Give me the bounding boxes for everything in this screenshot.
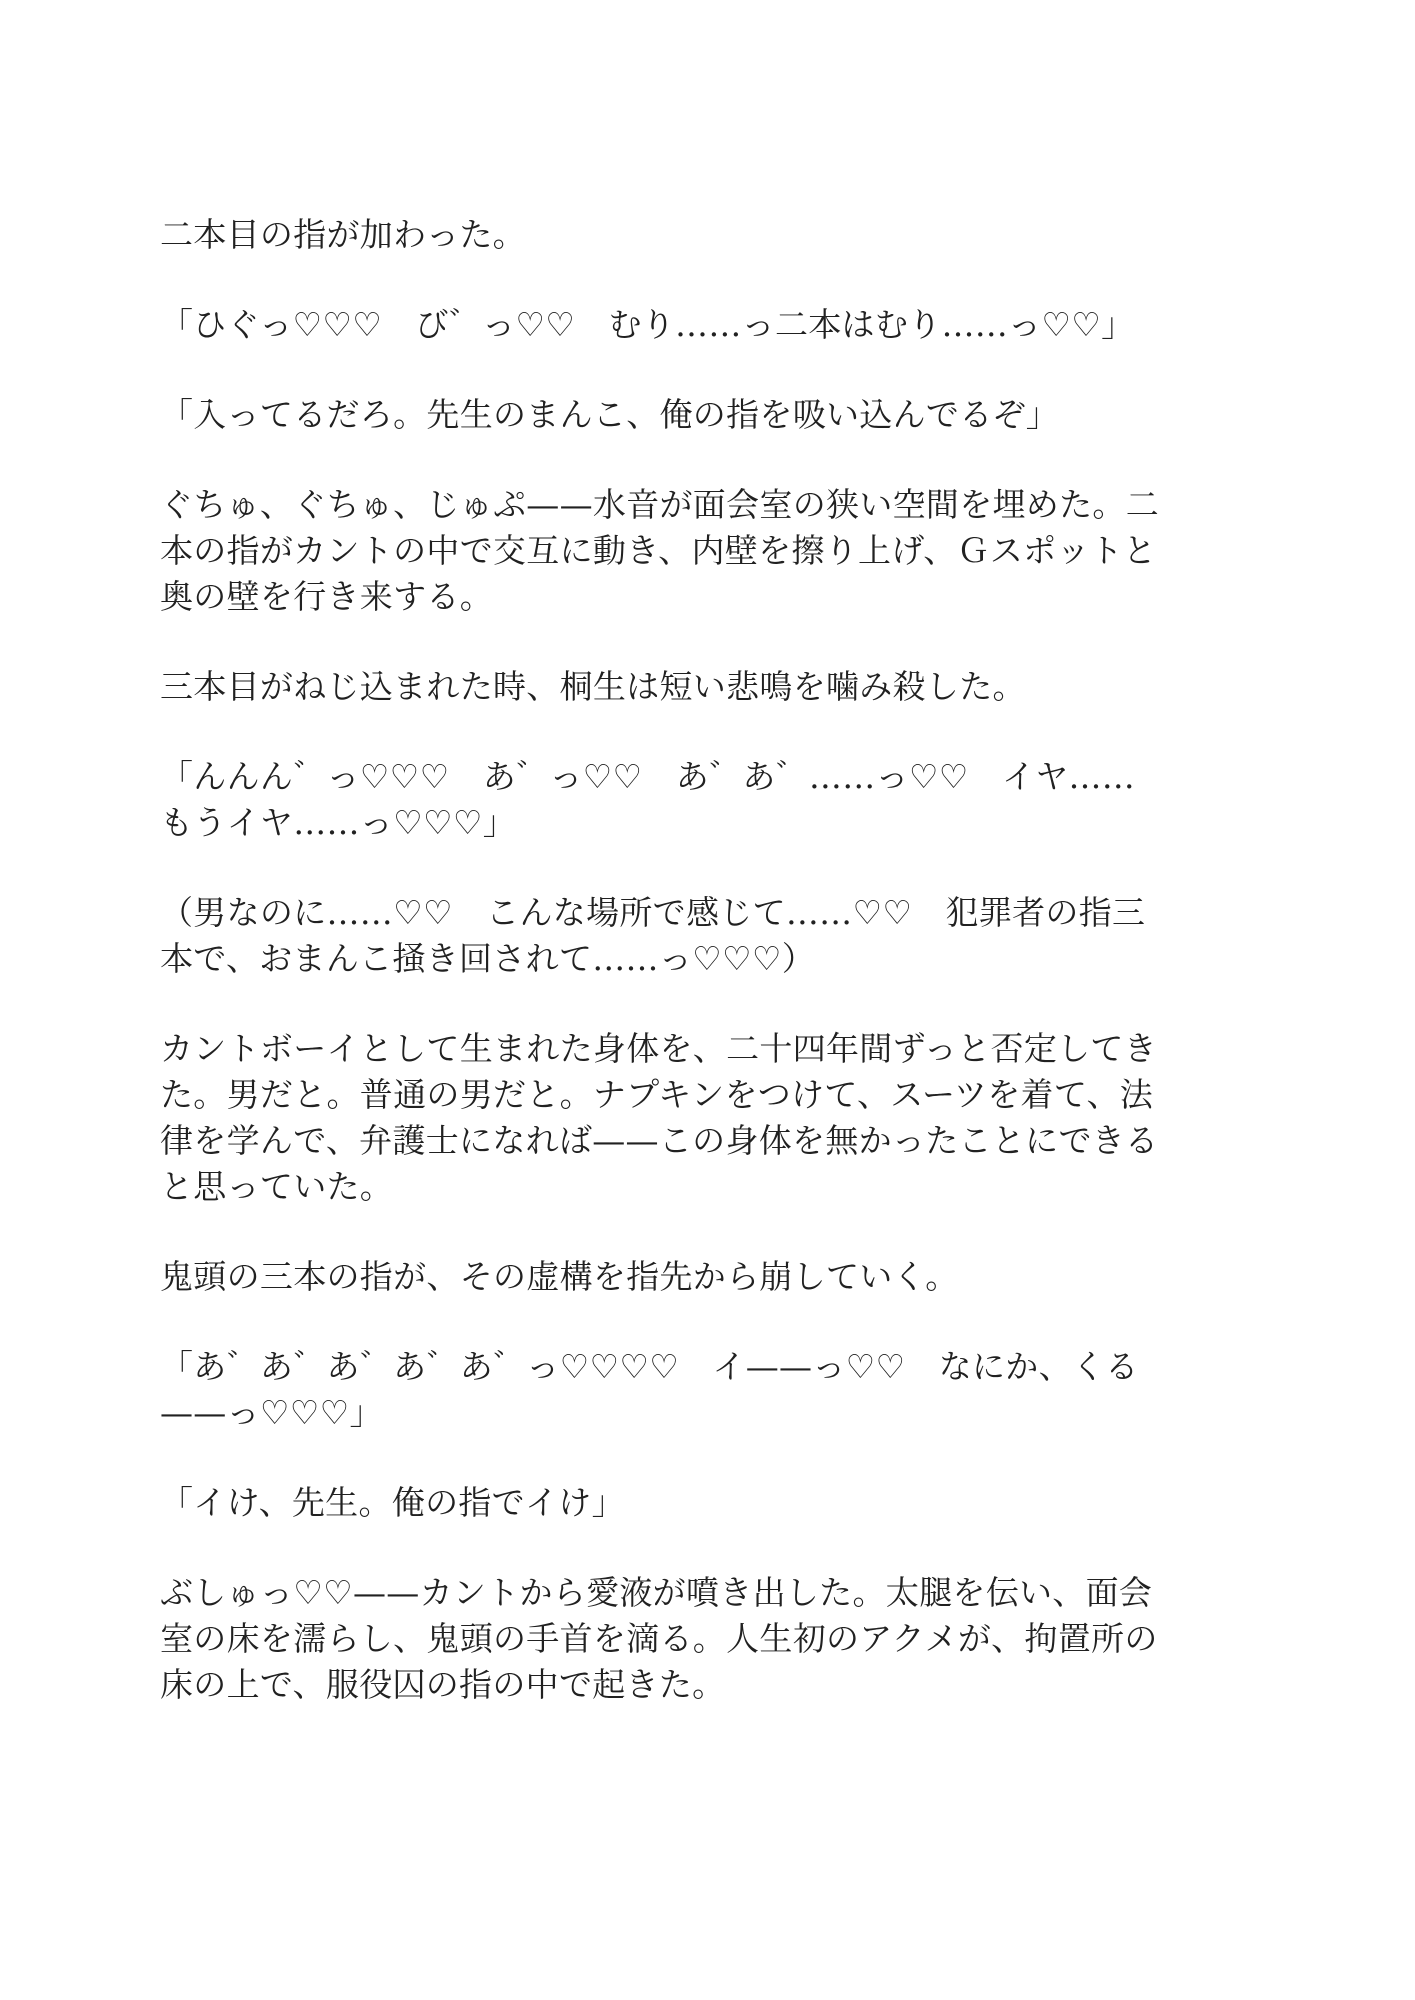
text-line: 「ひぐっ♡♡♡ び゛っ♡♡ むり……っ二本はむり……っ♡♡」 <box>160 302 1175 348</box>
text-line: 「入ってるだろ。先生のまんこ、俺の指を吸い込んでるぞ」 <box>160 392 1175 438</box>
text-line: （男なのに……♡♡ こんな場所で感じて……♡♡ 犯罪者の指三 <box>160 890 1175 936</box>
paragraph: 「あ゛あ゛あ゛あ゛あ゛っ♡♡♡♡ イ——っ♡♡ なにか、くる——っ♡♡♡」 <box>160 1344 1175 1436</box>
text-line: 本で、おまんこ掻き回されて……っ♡♡♡） <box>160 936 1175 982</box>
paragraph: ぐちゅ、ぐちゅ、じゅぷ——水音が面会室の狭い空間を埋めた。二本の指がカントの中で… <box>160 482 1175 620</box>
paragraph: 「んんん゛っ♡♡♡ あ゛っ♡♡ あ゛あ゛……っ♡♡ イヤ……もうイヤ……っ♡♡♡… <box>160 754 1175 846</box>
text-line: 床の上で、服役囚の指の中で起きた。 <box>160 1662 1175 1708</box>
document-page: 二本目の指が加わった。「ひぐっ♡♡♡ び゛っ♡♡ むり……っ二本はむり……っ♡♡… <box>0 0 1415 2000</box>
text-line: と思っていた。 <box>160 1164 1175 1210</box>
text-line: もうイヤ……っ♡♡♡」 <box>160 800 1175 846</box>
paragraph: 「入ってるだろ。先生のまんこ、俺の指を吸い込んでるぞ」 <box>160 392 1175 438</box>
text-line: 本の指がカントの中で交互に動き、内壁を擦り上げ、Ｇスポットと <box>160 528 1175 574</box>
paragraph: 「ひぐっ♡♡♡ び゛っ♡♡ むり……っ二本はむり……っ♡♡」 <box>160 302 1175 348</box>
text-line: 鬼頭の三本の指が、その虚構を指先から崩していく。 <box>160 1254 1175 1300</box>
text-line: 室の床を濡らし、鬼頭の手首を滴る。人生初のアクメが、拘置所の <box>160 1616 1175 1662</box>
paragraph: 三本目がねじ込まれた時、桐生は短い悲鳴を噛み殺した。 <box>160 664 1175 710</box>
paragraph: カントボーイとして生まれた身体を、二十四年間ずっと否定してきた。男だと。普通の男… <box>160 1026 1175 1210</box>
text-line: 律を学んで、弁護士になれば——この身体を無かったことにできる <box>160 1118 1175 1164</box>
paragraph: ぶしゅっ♡♡——カントから愛液が噴き出した。太腿を伝い、面会室の床を濡らし、鬼頭… <box>160 1570 1175 1708</box>
text-line: 「あ゛あ゛あ゛あ゛あ゛っ♡♡♡♡ イ——っ♡♡ なにか、くる <box>160 1344 1175 1390</box>
text-line: 奥の壁を行き来する。 <box>160 574 1175 620</box>
paragraph: 「イけ、先生。俺の指でイけ」 <box>160 1480 1175 1526</box>
text-line: 三本目がねじ込まれた時、桐生は短い悲鳴を噛み殺した。 <box>160 664 1175 710</box>
text-line: カントボーイとして生まれた身体を、二十四年間ずっと否定してき <box>160 1026 1175 1072</box>
text-line: 「イけ、先生。俺の指でイけ」 <box>160 1480 1175 1526</box>
text-line: ぶしゅっ♡♡——カントから愛液が噴き出した。太腿を伝い、面会 <box>160 1570 1175 1616</box>
paragraph: （男なのに……♡♡ こんな場所で感じて……♡♡ 犯罪者の指三本で、おまんこ掻き回… <box>160 890 1175 982</box>
paragraph: 鬼頭の三本の指が、その虚構を指先から崩していく。 <box>160 1254 1175 1300</box>
paragraph: 二本目の指が加わった。 <box>160 212 1175 258</box>
text-line: ——っ♡♡♡」 <box>160 1390 1175 1436</box>
text-body: 二本目の指が加わった。「ひぐっ♡♡♡ び゛っ♡♡ むり……っ二本はむり……っ♡♡… <box>160 212 1175 1708</box>
text-line: 「んんん゛っ♡♡♡ あ゛っ♡♡ あ゛あ゛……っ♡♡ イヤ…… <box>160 754 1175 800</box>
text-line: ぐちゅ、ぐちゅ、じゅぷ——水音が面会室の狭い空間を埋めた。二 <box>160 482 1175 528</box>
text-line: た。男だと。普通の男だと。ナプキンをつけて、スーツを着て、法 <box>160 1072 1175 1118</box>
text-line: 二本目の指が加わった。 <box>160 212 1175 258</box>
